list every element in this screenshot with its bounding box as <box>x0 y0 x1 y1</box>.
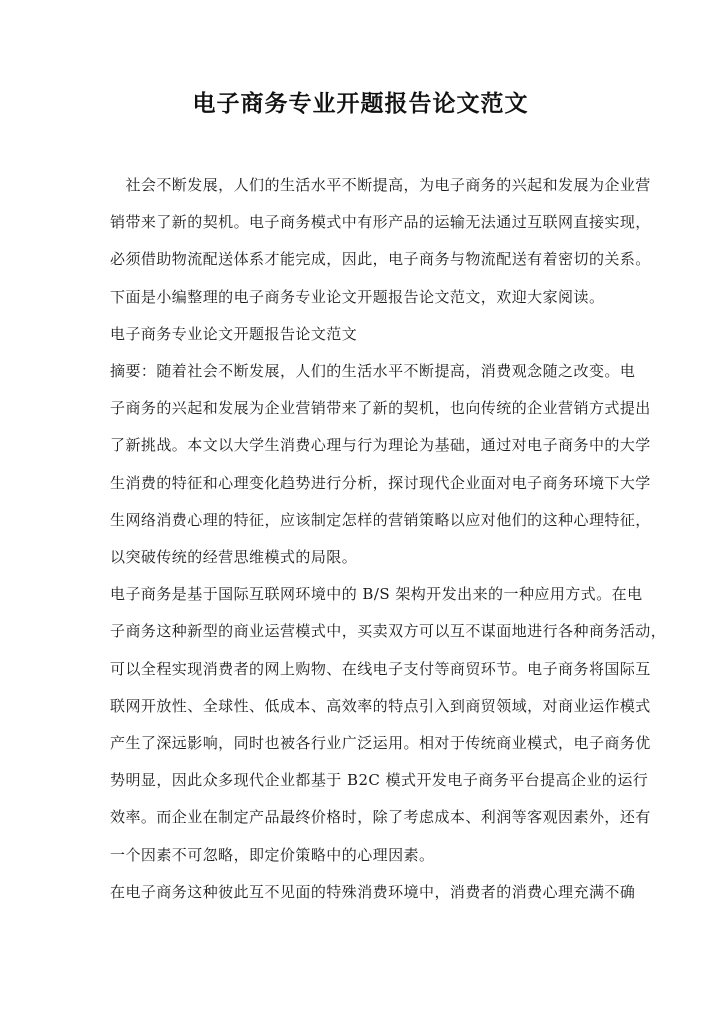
paragraph-start-line: 在电子商务这种彼此互不见面的特殊消费环境中，消费者的消费心理充满不确 <box>110 882 630 902</box>
body-line-1: 电子商务是基于国际互联网环境中的 B/S 架构开发出来的一种应用方式。在电 <box>110 584 630 604</box>
body-line-5: 产生了深远影响，同时也被各行业广泛运用。相对于传统商业模式，电子商务优 <box>110 733 630 753</box>
intro-line-1: 社会不断发展，人们的生活水平不断提高，为电子商务的兴起和发展为企业营 <box>110 175 630 195</box>
abstract-line-6: 以突破传统的经营思维模式的局限。 <box>110 547 630 567</box>
abstract-line-2: 子商务的兴起和发展为企业营销带来了新的契机，也向传统的企业营销方式提出 <box>110 398 630 418</box>
abstract-line-5: 生网络消费心理的特征，应该制定怎样的营销策略以应对他们的这种心理特征， <box>110 510 630 530</box>
section-heading: 电子商务专业论文开题报告论文范文 <box>110 324 630 344</box>
intro-line-3: 必须借助物流配送体系才能完成，因此，电子商务与物流配送有着密切的关系。 <box>110 249 630 269</box>
body-line-8: 一个因素不可忽略，即定价策略中的心理因素。 <box>110 845 630 865</box>
body-line-6: 势明显，因此众多现代企业都基于 B2C 模式开发电子商务平台提高企业的运行 <box>110 770 630 790</box>
intro-line-2: 销带来了新的契机。电子商务模式中有形产品的运输无法通过互联网直接实现， <box>110 212 630 232</box>
body-line-3: 可以全程实现消费者的网上购物、在线电子支付等商贸环节。电子商务将国际互 <box>110 659 630 679</box>
abstract-line-1: 摘要：随着社会不断发展，人们的生活水平不断提高，消费观念随之改变。电 <box>110 361 630 381</box>
intro-line-4: 下面是小编整理的电子商务专业论文开题报告论文范文，欢迎大家阅读。 <box>110 287 630 307</box>
document-title: 电子商务专业开题报告论文范文 <box>0 88 721 120</box>
abstract-line-4: 生消费的特征和心理变化趋势进行分析，探讨现代企业面对电子商务环境下大学 <box>110 473 630 493</box>
document-page: 电子商务专业开题报告论文范文 社会不断发展，人们的生活水平不断提高，为电子商务的… <box>0 0 721 1020</box>
body-line-7: 效率。而企业在制定产品最终价格时，除了考虑成本、利润等客观因素外，还有 <box>110 807 630 827</box>
body-line-2: 子商务这种新型的商业运营模式中，买卖双方可以互不谋面地进行各种商务活动， <box>110 621 630 641</box>
abstract-line-3: 了新挑战。本文以大学生消费心理与行为理论为基础，通过对电子商务中的大学 <box>110 435 630 455</box>
body-line-4: 联网开放性、全球性、低成本、高效率的特点引入到商贸领域，对商业运作模式 <box>110 696 630 716</box>
